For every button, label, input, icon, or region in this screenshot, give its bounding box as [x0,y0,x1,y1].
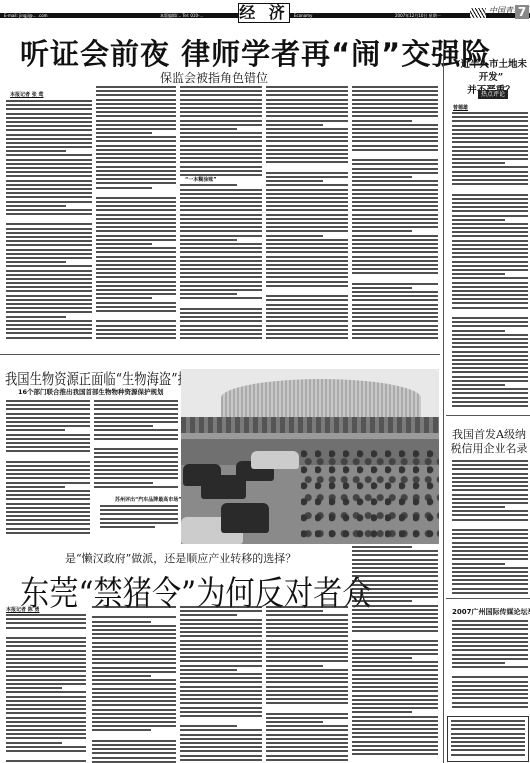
text-line [100,509,178,511]
text-line [352,325,438,327]
text-line [352,168,438,170]
text-line [6,328,92,330]
text-line [266,201,348,203]
text-line [266,189,348,191]
text-line [266,707,348,711]
text-line [92,654,176,656]
text-line [266,717,348,719]
text-line [352,103,438,105]
text-line [96,272,176,274]
text-line [266,610,323,612]
text-line [180,742,262,744]
text-line [96,268,176,270]
text-line [352,600,412,602]
text-line [266,320,348,322]
text-line [180,166,262,168]
text-line [266,132,348,134]
text-line [352,153,438,157]
text-line [6,413,90,415]
text-line [352,567,438,569]
text-line [266,218,348,220]
text-line [352,559,438,561]
text-line [180,707,262,709]
text-line [180,669,237,671]
text-line [96,302,176,304]
text-line [452,215,528,217]
text-line [452,162,505,164]
text-line [452,392,528,394]
text-line [6,113,92,115]
text-line [452,202,528,204]
text-line [6,175,92,177]
text-line [452,670,528,674]
text-line [452,244,528,246]
text-line [352,613,438,615]
text-line [92,646,176,648]
text-line [180,107,262,109]
text-line [452,706,528,708]
text-line [266,107,348,109]
text-line [6,494,90,496]
text-line [452,256,528,258]
text-line [180,128,237,130]
text-line [266,289,323,293]
text-line [180,702,262,704]
text-line [266,260,348,262]
text-line [266,235,323,237]
text-line [352,120,412,122]
text-line [352,617,438,619]
text-line [352,333,438,335]
text-line [94,434,178,436]
text-line [266,734,348,736]
news-text [452,460,528,595]
text-line [352,272,438,274]
text-line [92,734,176,738]
text-line [452,494,528,496]
text-line [6,760,86,762]
text-line [352,111,438,113]
story2-sidebar-title: 苏州评出“汽车品牌最高市场” [115,496,182,503]
text-line [180,251,262,253]
text-line [266,243,348,245]
text-line [92,713,176,715]
text-line [266,669,348,671]
text-line [451,720,525,722]
text-line [96,136,176,138]
text-line [452,120,528,122]
text-line [96,320,176,322]
story2-headline: 我国生物资源正面临“生物海盗”掠夺 [5,368,202,389]
text-line [6,729,86,731]
text-line [180,149,262,151]
text-line [266,140,348,142]
story2-sidebar-text [100,505,178,533]
text-line [452,575,528,577]
text-line [94,465,178,467]
text-line [96,285,176,287]
text-line [452,206,528,208]
text-line [180,111,262,113]
text-line [352,695,438,697]
text-line [266,272,348,274]
text-line [180,715,262,717]
lead-byline: 本报记者 张 莺 [10,91,43,98]
text-line [96,205,176,207]
divider [0,354,440,355]
text-line [6,205,66,207]
text-line [180,230,262,232]
text-line [6,465,90,467]
text-line [266,166,348,170]
story3-byline: 本报记者 陈 勇 [6,606,39,613]
text-line [96,166,176,168]
story2-subheadline: 16个部门联合推出我国首部生物物种资源保护规划 [18,387,164,396]
text-line [92,616,176,618]
text-line [6,188,92,190]
text-line [94,448,178,450]
text-line [180,161,262,163]
text-line [6,746,86,748]
text-line [451,745,525,747]
text-line [452,654,528,656]
text-line [6,725,86,727]
text-line [94,438,178,440]
divider [446,415,530,416]
text-line [352,193,438,195]
text-line [452,658,528,660]
text-line [6,159,92,161]
text-line [352,159,438,161]
text-line [92,662,176,664]
lead-column-3 [180,86,262,340]
text-line [92,729,151,731]
text-line [452,546,528,548]
text-line [452,380,528,382]
text-line [266,99,348,101]
text-line [180,738,262,740]
text-line [180,665,262,667]
text-line [352,287,412,289]
text-line [266,698,348,700]
text-line [266,276,348,278]
text-line [452,563,505,565]
text-line [6,712,86,714]
text-line [452,198,528,200]
text-line [452,637,528,639]
text-line [96,222,176,224]
text-line [6,320,92,322]
story3-column-4 [266,606,348,763]
text-line [266,660,348,662]
text-line [352,757,438,761]
text-line [452,397,528,399]
text-line [180,297,262,299]
text-line [6,528,90,530]
text-line [452,194,528,196]
text-line [452,489,528,491]
text-line [180,631,262,633]
text-line [266,333,348,335]
lead-column-1 [6,100,92,340]
text-line [6,637,86,639]
text-line [266,295,348,297]
text-line [94,486,178,488]
text-line [452,137,528,139]
text-line [6,299,92,301]
text-line [6,108,92,110]
text-line [6,454,90,458]
story2-column-1 [6,400,90,538]
text-line [96,120,176,122]
text-line [352,132,438,134]
text-line [180,209,262,211]
text-line [266,268,348,270]
text-line [352,264,438,266]
text-line [6,622,86,624]
text-line [180,673,262,675]
text-line [266,247,348,249]
text-line [96,226,176,228]
text-line [352,295,438,297]
text-line [452,460,528,462]
text-line [92,637,176,639]
text-line [352,563,438,565]
text-line [6,654,86,656]
text-line [92,761,176,763]
text-line [452,321,528,323]
text-line [452,693,528,695]
text-line [96,297,152,299]
text-line [6,737,86,739]
text-line [452,676,528,678]
text-line [6,154,92,156]
text-line [180,719,262,723]
text-line [92,725,176,727]
text-line [180,660,262,662]
text-line [452,388,528,390]
text-line [452,240,528,242]
text-line [180,103,262,105]
text-line [266,209,348,211]
text-line [6,469,90,471]
text-line [352,682,438,684]
text-line [266,656,348,658]
text-line [452,112,528,114]
text-line [96,94,176,96]
masthead-phone: 本版编辑/... Tel: 010-... [160,13,203,19]
text-line [6,507,90,509]
story3-column-5 [352,546,438,763]
text-line [6,425,90,427]
text-line [6,519,90,521]
text-line [6,631,62,635]
text-line [96,239,176,241]
text-line [352,86,438,88]
text-line [180,197,262,199]
text-line [180,725,237,727]
text-line [180,694,262,696]
text-line [352,736,438,738]
notice-box [447,716,529,762]
text-line [92,658,176,660]
text-line [6,265,92,267]
divider [446,598,530,599]
text-line [266,256,348,258]
text-line [6,650,86,652]
text-line [452,666,528,668]
text-line [180,610,262,612]
text-line [96,243,152,245]
text-line [452,302,528,304]
text-line [94,456,178,458]
text-line [352,571,438,573]
commentary-author: 曾德雄 [453,104,468,111]
text-line [6,274,92,276]
text-line [180,623,262,625]
text-line [6,163,92,165]
text-line [452,219,505,221]
text-line [266,222,348,224]
text-line [180,759,262,761]
text-line [6,490,90,492]
text-line [180,627,262,629]
text-line [6,408,90,410]
text-line [452,519,528,521]
text-line [6,138,92,140]
text-line [452,583,528,585]
text-line [180,302,262,306]
text-line [451,741,525,743]
text-line [180,264,262,266]
text-line [6,228,92,230]
text-line [6,477,90,479]
text-line [451,733,525,735]
text-line [96,191,176,195]
text-line [6,201,92,203]
text-line [180,711,262,713]
text-line [266,738,348,740]
text-line [266,304,348,306]
text-line [6,687,62,689]
text-line [451,737,525,739]
text-line [180,222,262,224]
text-line [451,754,525,756]
text-line [96,201,176,203]
text-line [180,281,262,283]
text-line [266,713,348,715]
text-line [352,291,438,293]
text-line [6,704,86,706]
text-line [266,90,348,92]
text-line [6,324,92,326]
text-line [266,136,348,138]
text-line [452,502,528,504]
text-line [180,312,262,314]
text-line [452,187,528,191]
text-line [266,686,348,688]
text-line [452,154,528,156]
text-line [92,744,176,746]
text-line [452,317,528,319]
text-line [452,689,528,691]
text-line [352,145,438,147]
text-line [180,214,262,216]
text-line [452,506,505,508]
text-line [96,153,176,155]
text-line [180,243,262,245]
text-line [92,696,176,698]
text-line [266,665,323,667]
text-line [266,312,348,314]
text-line [352,299,438,301]
text-line [352,176,412,178]
text-line [266,325,348,327]
text-line [352,640,438,642]
text-line [266,627,348,629]
text-line [266,193,348,195]
commentary-text [452,112,528,408]
text-line [180,124,262,126]
text-line [452,468,528,470]
text-line [266,86,348,88]
text-line [352,222,438,224]
text-line [180,729,262,731]
text-line [6,450,90,452]
text-line [96,281,176,283]
text-line [352,630,438,632]
text-line [352,107,438,109]
text-line [96,256,176,258]
text-line [96,251,176,253]
text-line [352,124,438,126]
text-line [352,649,438,651]
text-line [6,404,90,406]
text-line [180,260,262,262]
text-line [94,413,178,415]
text-line [266,640,348,642]
car [221,503,269,533]
stadium-shape [221,379,421,417]
text-line [6,337,92,339]
text-line [352,724,438,726]
lead-subheadline: 保监会被指角色错位 [160,69,268,86]
text-line [94,452,178,454]
text-line [266,746,348,748]
text-line [6,438,90,440]
text-line [452,363,528,365]
story3-column-3 [180,606,262,763]
text-line [6,104,92,106]
text-line [452,248,528,250]
text-line [452,645,528,647]
text-line [92,683,176,685]
text-line [180,189,262,191]
text-line [6,645,86,647]
text-line [6,290,92,292]
text-line [352,580,438,582]
text-line [266,299,348,301]
text-line [96,111,176,113]
text-line [6,125,92,127]
text-line [6,721,86,723]
lead-headline: 听证会前夜 律师学者再“闹”交强险 [20,32,491,73]
text-line [452,265,528,267]
text-line [352,699,438,701]
text-line [96,325,176,327]
text-line [96,103,176,105]
text-line [6,311,92,313]
